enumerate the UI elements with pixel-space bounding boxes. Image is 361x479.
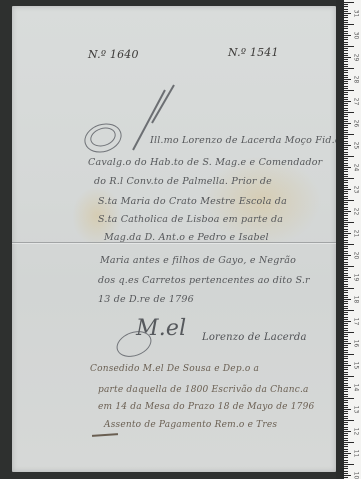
ruler-tick xyxy=(344,55,348,56)
ruler-tick xyxy=(344,114,348,115)
ruler-tick xyxy=(344,145,351,146)
ruler-label: 23 xyxy=(353,186,360,194)
ruler-tick xyxy=(344,323,348,324)
ruler-tick xyxy=(344,257,348,258)
ruler-tick xyxy=(344,242,348,243)
ruler-tick xyxy=(344,191,348,192)
ruler-tick xyxy=(344,273,348,274)
ruler-tick xyxy=(344,347,348,348)
ruler-tick xyxy=(344,226,348,227)
ruler-tick xyxy=(344,457,348,458)
ruler-tick xyxy=(344,44,348,45)
ruler-tick xyxy=(344,429,348,430)
ruler-tick xyxy=(344,402,348,403)
ruler-tick xyxy=(344,477,348,478)
ruler-label: 17 xyxy=(353,318,360,326)
ruler-tick xyxy=(344,319,348,320)
ruler-tick xyxy=(344,361,348,362)
ruler-tick xyxy=(344,70,348,71)
ruler-tick xyxy=(344,374,348,375)
ruler-tick xyxy=(344,68,354,69)
ruler-dark-edge xyxy=(336,0,344,479)
ruler-tick xyxy=(344,343,351,344)
ruler-tick xyxy=(344,185,348,186)
ruler-tick xyxy=(344,391,348,392)
ruler-tick xyxy=(344,387,351,388)
ruler-tick xyxy=(344,253,348,254)
ruler-tick xyxy=(344,220,348,221)
ruler-tick xyxy=(344,383,348,384)
body-line: do R.l Conv.to de Palmella. Prior de xyxy=(94,176,272,187)
ruler-tick xyxy=(344,138,348,139)
ruler-tick xyxy=(344,317,348,318)
ruler-tick xyxy=(344,154,348,155)
ruler-tick xyxy=(344,152,348,153)
ruler-tick xyxy=(344,444,348,445)
ruler-tick xyxy=(344,310,354,311)
body-line: Mag.da D. Ant.o e Pedro e Isabel xyxy=(104,232,269,243)
ruler-tick xyxy=(344,99,348,100)
ruler-tick xyxy=(344,460,348,461)
ruler-tick xyxy=(344,209,348,210)
ruler-tick xyxy=(344,169,348,170)
ruler-tick xyxy=(344,103,348,104)
ruler-tick xyxy=(344,367,348,368)
ruler-label: 21 xyxy=(353,230,360,238)
ruler-tick xyxy=(344,405,348,406)
ruler-tick xyxy=(344,176,348,177)
ruler-tick xyxy=(344,244,354,245)
ruler-tick xyxy=(344,312,348,313)
ruler-tick xyxy=(344,345,348,346)
ruler-tick xyxy=(344,389,348,390)
ruler-tick xyxy=(344,281,348,282)
ruler-tick xyxy=(344,372,348,373)
ruler-tick xyxy=(344,418,348,419)
measurement-ruler: 3130292827262524232221201918171615141312… xyxy=(336,0,361,479)
ruler-tick xyxy=(344,438,348,439)
signature-initials: M.el xyxy=(136,316,186,341)
ruler-tick xyxy=(344,462,348,463)
ruler-tick xyxy=(344,255,351,256)
ruler-tick xyxy=(344,61,348,62)
ruler-tick xyxy=(344,53,348,54)
ruler-label: 29 xyxy=(353,54,360,62)
ruler-tick xyxy=(344,369,348,370)
ruler-tick xyxy=(344,284,348,285)
ruler-tick xyxy=(344,440,348,441)
ruler-tick xyxy=(344,17,348,18)
ruler-tick xyxy=(344,229,348,230)
ruler-tick xyxy=(344,332,354,333)
ruler-tick xyxy=(344,81,348,82)
ruler-tick xyxy=(344,26,348,27)
ruler-tick xyxy=(344,37,348,38)
ruler-tick xyxy=(344,143,348,144)
ruler-tick xyxy=(344,94,348,95)
ruler-tick xyxy=(344,204,348,205)
ruler-tick xyxy=(344,334,348,335)
ruler-tick xyxy=(344,308,348,309)
ruler-tick xyxy=(344,301,348,302)
ruler-tick xyxy=(344,156,354,157)
ruler-tick xyxy=(344,259,348,260)
reference-number-right: N.º 1541 xyxy=(228,46,279,59)
ruler-tick xyxy=(344,121,348,122)
ruler-tick xyxy=(344,9,348,10)
ruler-tick xyxy=(344,233,351,234)
ruler-tick xyxy=(344,79,351,80)
ruler-tick xyxy=(344,246,348,247)
ruler-tick xyxy=(344,33,348,34)
ruler-tick xyxy=(344,424,348,425)
ruler-tick xyxy=(344,413,348,414)
ruler-tick xyxy=(344,224,348,225)
ruler-tick xyxy=(344,141,348,142)
manuscript-page: N.º 1640 N.º 1541 Ill.mo Lorenzo de Lace… xyxy=(12,6,336,472)
ruler-tick xyxy=(344,101,351,102)
ruler-label: 24 xyxy=(353,164,360,172)
ruler-tick xyxy=(344,365,351,366)
ruler-tick xyxy=(344,380,348,381)
ruler-tick xyxy=(344,178,354,179)
ruler-scale: 3130292827262524232221201918171615141312… xyxy=(344,0,361,479)
ruler-tick xyxy=(344,119,348,120)
ruler-tick xyxy=(344,64,348,65)
ruler-tick xyxy=(344,97,348,98)
ruler-tick xyxy=(344,356,348,357)
ruler-tick xyxy=(344,262,348,263)
ruler-tick xyxy=(344,466,348,467)
ruler-tick xyxy=(344,167,351,168)
ruler-tick xyxy=(344,66,348,67)
body-line: dos q.es Carretos pertencentes ao dito S… xyxy=(98,275,310,286)
ruler-tick xyxy=(344,182,348,183)
ruler-tick xyxy=(344,339,348,340)
ruler-label: 20 xyxy=(353,252,360,260)
ruler-tick xyxy=(344,400,348,401)
ruler-tick xyxy=(344,270,348,271)
ruler-tick xyxy=(344,268,348,269)
ruler-tick xyxy=(344,277,351,278)
ruler-tick xyxy=(344,433,348,434)
ruler-tick xyxy=(344,127,348,128)
footer-line: Assento de Pagamento Rem.o e Tres xyxy=(104,420,277,430)
ruler-tick xyxy=(344,396,348,397)
ruler-tick xyxy=(344,442,354,443)
ruler-tick xyxy=(344,251,348,252)
ruler-tick xyxy=(344,187,348,188)
ruler-tick xyxy=(344,328,348,329)
ruler-tick xyxy=(344,180,348,181)
ruler-tick xyxy=(344,290,348,291)
ruler-tick xyxy=(344,77,348,78)
ruler-tick xyxy=(344,189,351,190)
ruler-tick xyxy=(344,240,348,241)
ruler-label: 28 xyxy=(353,76,360,84)
ruler-tick xyxy=(344,422,348,423)
ruler-tick xyxy=(344,174,348,175)
body-line: Ill.mo Lorenzo de Lacerda Moço Fid.o xyxy=(150,135,341,146)
ruler-tick xyxy=(344,321,351,322)
ruler-tick xyxy=(344,336,348,337)
ruler-label: 12 xyxy=(353,428,360,436)
ruler-tick xyxy=(344,22,348,23)
body-line: 13 de D.re de 1796 xyxy=(98,294,194,305)
ruler-tick xyxy=(344,116,348,117)
ruler-tick xyxy=(344,376,354,377)
ruler-tick xyxy=(344,416,348,417)
ruler-tick xyxy=(344,446,348,447)
ruler-tick xyxy=(344,4,348,5)
ruler-tick xyxy=(344,279,348,280)
ruler-tick xyxy=(344,325,348,326)
ruler-tick xyxy=(344,75,348,76)
ruler-tick xyxy=(344,15,348,16)
ruler-tick xyxy=(344,6,348,7)
ruler-tick xyxy=(344,149,348,150)
ruler-tick xyxy=(344,475,351,476)
ruler-tick xyxy=(344,108,348,109)
ruler-label: 19 xyxy=(353,274,360,282)
ruler-label: 15 xyxy=(353,362,360,370)
ruler-tick xyxy=(344,473,348,474)
body-line: Cavalg.o do Hab.to de S. Mag.e e Comenda… xyxy=(88,157,322,168)
ruler-tick xyxy=(344,20,348,21)
ruler-tick xyxy=(344,378,348,379)
reference-number-left: N.º 1640 xyxy=(88,48,139,61)
ruler-tick xyxy=(344,330,348,331)
signature-name: Lorenzo de Lacerda xyxy=(202,332,307,343)
ruler-tick xyxy=(344,449,348,450)
ruler-tick xyxy=(344,207,348,208)
ruler-tick xyxy=(344,303,348,304)
ruler-tick xyxy=(344,222,354,223)
ruler-tick xyxy=(344,385,348,386)
ruler-label: 26 xyxy=(353,120,360,128)
ruler-tick xyxy=(344,136,348,137)
ruler-tick xyxy=(344,158,348,159)
ruler-label: 16 xyxy=(353,340,360,348)
ruler-tick xyxy=(344,130,348,131)
footer-line: parte daquella de 1800 Escrivão da Chanc… xyxy=(98,385,309,395)
ruler-tick xyxy=(344,266,354,267)
ruler-tick xyxy=(344,215,348,216)
ruler-tick xyxy=(344,28,348,29)
ruler-tick xyxy=(344,202,348,203)
ruler-tick xyxy=(344,59,348,60)
ruler-tick xyxy=(344,471,348,472)
body-line: Maria antes e filhos de Gayo, e Negrão xyxy=(100,255,296,266)
ruler-label: 25 xyxy=(353,142,360,150)
ruler-tick xyxy=(344,57,351,58)
footer-line: em 14 da Mesa do Prazo 18 de Mayo de 179… xyxy=(98,402,314,412)
ruler-tick xyxy=(344,435,348,436)
ruler-tick xyxy=(344,468,348,469)
ruler-tick xyxy=(344,112,354,113)
ruler-tick xyxy=(344,132,348,133)
ruler-tick xyxy=(344,86,348,87)
ruler-tick xyxy=(344,237,348,238)
ruler-tick xyxy=(344,431,351,432)
ruler-tick xyxy=(344,198,348,199)
ruler-tick xyxy=(344,123,351,124)
ruler-tick xyxy=(344,297,348,298)
ruler-tick xyxy=(344,235,348,236)
ruler-tick xyxy=(344,420,354,421)
ruler-label: 11 xyxy=(353,450,360,458)
ruler-tick xyxy=(344,292,348,293)
ruler-tick xyxy=(344,354,354,355)
ruler-tick xyxy=(344,88,348,89)
ruler-tick xyxy=(344,398,354,399)
ruler-tick xyxy=(344,358,348,359)
ruler-tick xyxy=(344,92,348,93)
footer-line: Consedido M.el De Sousa e Dep.o a xyxy=(90,364,259,374)
ruler-label: 31 xyxy=(353,10,360,18)
ruler-tick xyxy=(344,306,348,307)
ruler-tick xyxy=(344,218,348,219)
ruler-tick xyxy=(344,411,348,412)
ruler-tick xyxy=(344,11,348,12)
ruler-tick xyxy=(344,110,348,111)
ruler-tick xyxy=(344,455,348,456)
ruler-label: 14 xyxy=(353,384,360,392)
ruler-tick xyxy=(344,352,348,353)
ruler-tick xyxy=(344,105,348,106)
ruler-tick xyxy=(344,314,348,315)
ruler-tick xyxy=(344,165,348,166)
ruler-tick xyxy=(344,196,348,197)
body-line: S.ta Maria do Crato Mestre Escola da xyxy=(98,196,287,207)
ruler-tick xyxy=(344,363,348,364)
ruler-tick xyxy=(344,451,348,452)
ruler-tick xyxy=(344,213,348,214)
ruler-label: 10 xyxy=(353,472,360,479)
closing-mark xyxy=(92,433,118,437)
ruler-tick xyxy=(344,464,354,465)
ruler-tick xyxy=(344,48,348,49)
ruler-tick xyxy=(344,231,348,232)
ruler-tick xyxy=(344,147,348,148)
ruler-tick xyxy=(344,46,354,47)
ruler-tick xyxy=(344,134,354,135)
ruler-tick xyxy=(344,275,348,276)
ruler-label: 13 xyxy=(353,406,360,414)
ruler-label: 30 xyxy=(353,32,360,40)
ruler-tick xyxy=(344,171,348,172)
ruler-tick xyxy=(344,286,348,287)
ruler-tick xyxy=(344,160,348,161)
ruler-tick xyxy=(344,125,348,126)
ruler-tick xyxy=(344,394,348,395)
ruler-tick xyxy=(344,83,348,84)
ruler-tick xyxy=(344,341,348,342)
ruler-tick xyxy=(344,72,348,73)
ruler-tick xyxy=(344,211,351,212)
ruler-tick xyxy=(344,427,348,428)
ruler-tick xyxy=(344,13,351,14)
ruler-tick xyxy=(344,35,351,36)
ruler-tick xyxy=(344,288,354,289)
ruler-tick xyxy=(344,407,348,408)
ruler-tick xyxy=(344,409,351,410)
ruler-tick xyxy=(344,350,348,351)
ruler-tick xyxy=(344,163,348,164)
ruler-tick xyxy=(344,299,351,300)
ruler-tick xyxy=(344,2,354,3)
ruler-tick xyxy=(344,24,354,25)
ruler-label: 18 xyxy=(353,296,360,304)
ruler-tick xyxy=(344,42,348,43)
ruler-tick xyxy=(344,248,348,249)
ruler-tick xyxy=(344,31,348,32)
ruler-tick xyxy=(344,50,348,51)
body-line: S.ta Catholica de Lisboa em parte da xyxy=(98,214,283,225)
ruler-tick xyxy=(344,200,354,201)
ruler-tick xyxy=(344,193,348,194)
ruler-tick xyxy=(344,264,348,265)
ruler-label: 27 xyxy=(353,98,360,106)
ruler-tick xyxy=(344,295,348,296)
ruler-tick xyxy=(344,453,351,454)
ruler-label: 22 xyxy=(353,208,360,216)
ruler-tick xyxy=(344,39,348,40)
ruler-tick xyxy=(344,90,354,91)
